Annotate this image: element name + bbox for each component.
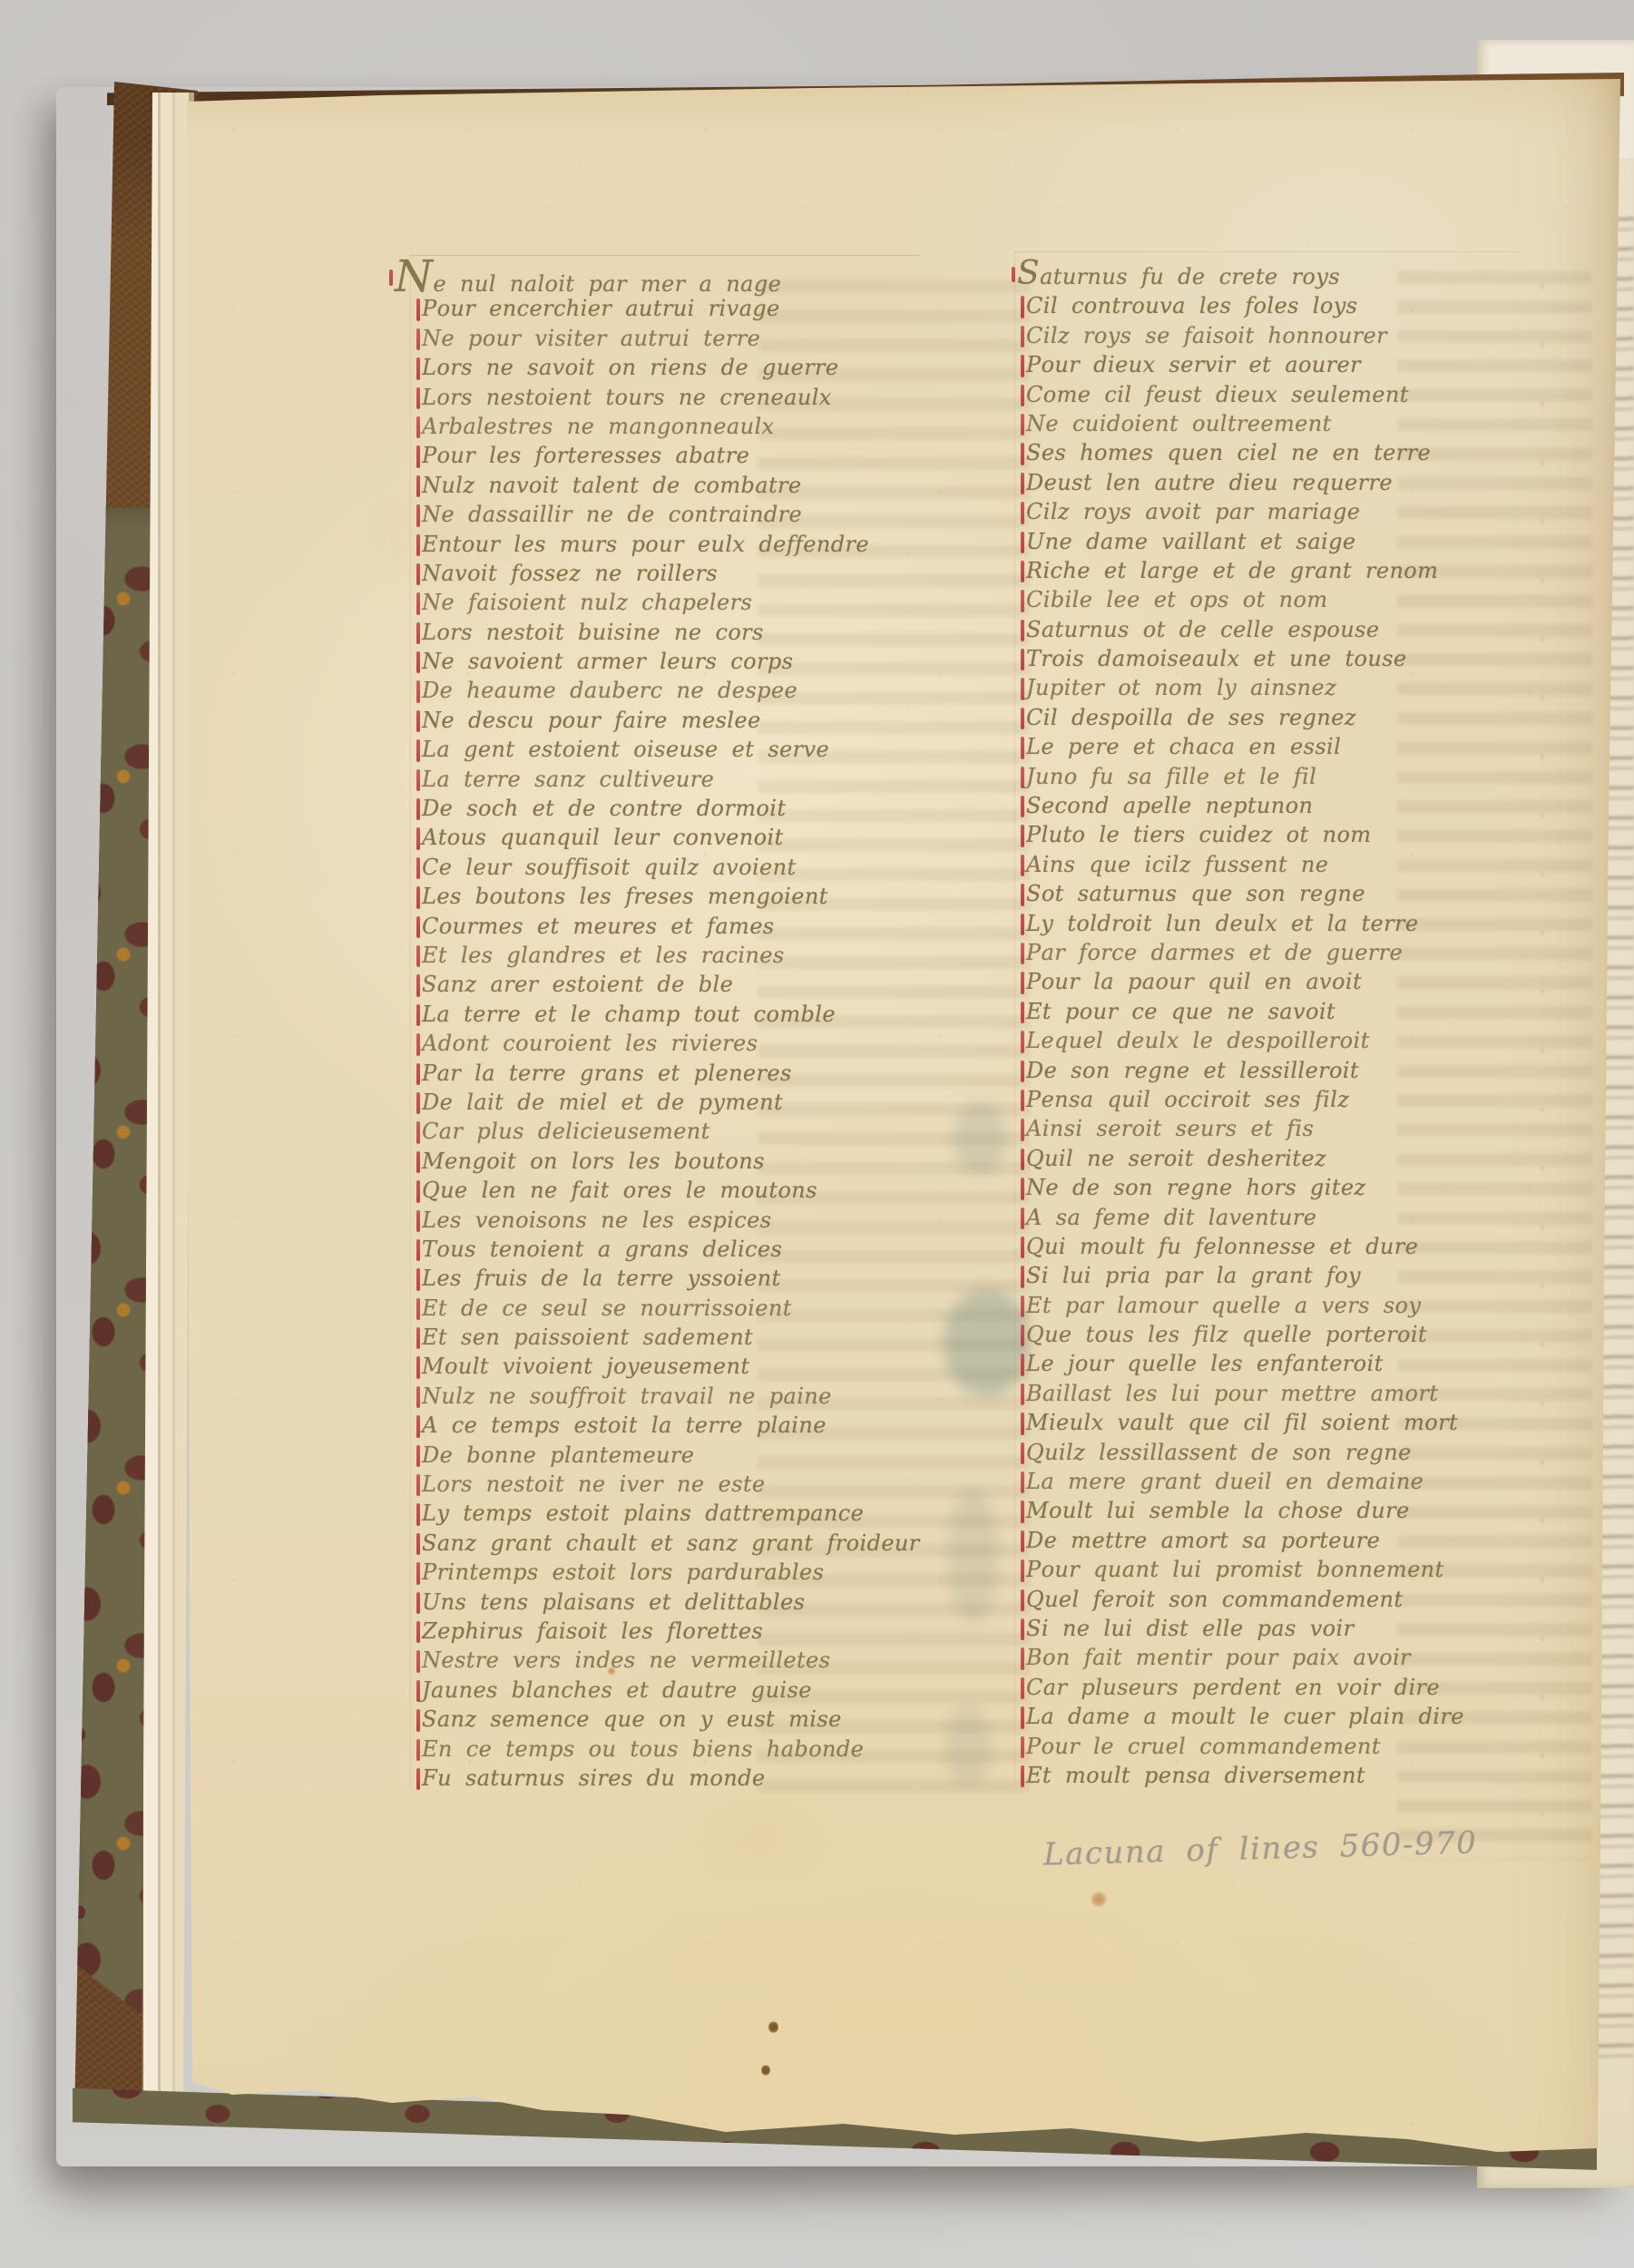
manuscript-line: Et sen paissoient sadement <box>416 1323 920 1352</box>
manuscript-line: A sa feme dit laventure <box>1020 1203 1464 1232</box>
rubricated-initial: N <box>416 559 441 588</box>
rubricated-initial: L <box>416 618 436 647</box>
text-column-left: Ne nul naloit par mer a nagePour encerch… <box>416 265 920 1793</box>
rubricated-initial: M <box>1020 1496 1049 1525</box>
rubricated-initial: N <box>416 324 441 353</box>
manuscript-line: Courmes et meures et fames <box>416 912 920 941</box>
manuscript-line: Lequel deulx le despoilleroit <box>1020 1026 1464 1055</box>
rubricated-initial: P <box>1020 820 1042 849</box>
manuscript-line: Si ne lui dist elle pas voir <box>1020 1614 1464 1643</box>
rubricated-initial: C <box>1020 380 1043 409</box>
rubricated-initial: S <box>1011 262 1040 285</box>
rubricated-initial: D <box>416 1088 440 1117</box>
manuscript-line: De son regne et lessilleroit <box>1020 1056 1464 1085</box>
rubricated-initial: S <box>416 970 437 999</box>
rubricated-initial: R <box>1020 556 1042 585</box>
manuscript-line: Cilz roys avoit par mariage <box>1020 497 1464 526</box>
manuscript-line: Et les glandres et les racines <box>416 941 920 970</box>
rubricated-initial: P <box>1020 967 1042 996</box>
manuscript-line: Les venoisons ne les espices <box>416 1206 920 1235</box>
manuscript-line: Ains que icilz fussent ne <box>1020 850 1464 879</box>
manuscript-line: Sanz arer estoient de ble <box>416 970 920 999</box>
manuscript-line: Que tous les filz quelle porteroit <box>1020 1320 1464 1349</box>
rubricated-initial: D <box>416 794 440 823</box>
rubricated-initial: C <box>416 912 439 941</box>
rubricated-initial: J <box>416 1676 431 1705</box>
manuscript-line: Second apelle neptunon <box>1020 791 1464 820</box>
rubricated-initial: U <box>1020 527 1045 556</box>
manuscript-line: Lors nestoit ne iver ne este <box>416 1470 920 1499</box>
rubricated-initial: N <box>388 265 433 288</box>
rubricated-initial: P <box>416 441 437 470</box>
manuscript-line: Pour les forteresses abatre <box>416 441 920 470</box>
rubricated-initial: P <box>1020 1555 1042 1584</box>
rubricated-initial: A <box>416 823 438 852</box>
rubricated-initial: E <box>416 1735 438 1764</box>
rubricated-initial: D <box>1020 1056 1044 1085</box>
rubricated-initial: Q <box>1020 1144 1044 1173</box>
manuscript-line: Et par lamour quelle a vers soy <box>1020 1291 1464 1320</box>
manuscript-line: Que len ne fait ores le moutons <box>416 1176 920 1205</box>
manuscript-line: Nestre vers indes ne vermeilletes <box>416 1646 920 1675</box>
manuscript-line: Quil ne seroit desheritez <box>1020 1144 1464 1173</box>
rubricated-initial: Q <box>1020 1585 1044 1614</box>
rubricated-initial: M <box>1020 1408 1049 1437</box>
rubricated-initial: D <box>416 676 440 705</box>
rubricated-initial: E <box>416 530 438 559</box>
rubricated-initial: C <box>1020 291 1043 320</box>
rubricated-initial: E <box>1020 1761 1042 1790</box>
manuscript-line: Jupiter ot nom ly ainsnez <box>1020 673 1464 702</box>
manuscript-line: De soch et de contre dormoit <box>416 794 920 823</box>
manuscript-line: Si lui pria par la grant foy <box>1020 1261 1464 1290</box>
rubricated-initial: N <box>416 588 441 617</box>
manuscript-line: Lors ne savoit on riens de guerre <box>416 353 920 382</box>
stain <box>1091 1892 1107 1906</box>
blue-smudge <box>953 1102 1007 1175</box>
rubricated-initial: C <box>416 853 439 882</box>
manuscript-line: La terre et le champ tout comble <box>416 1000 920 1029</box>
rubricated-initial: S <box>1020 1261 1042 1290</box>
ruling-line <box>410 255 411 1788</box>
manuscript-line: Pensa quil occiroit ses filz <box>1020 1085 1464 1114</box>
ruling-line <box>410 255 920 256</box>
manuscript-line: Mieulx vault que cil fil soient mort <box>1020 1408 1464 1437</box>
rubricated-initial: S <box>1020 438 1042 467</box>
manuscript-line: Moult lui semble la chose dure <box>1020 1496 1464 1525</box>
manuscript-line: Une dame vaillant et saige <box>1020 527 1464 556</box>
rubricated-initial: N <box>416 500 441 529</box>
rubricated-initial: N <box>1020 1173 1045 1202</box>
manuscript-line: Cil despoilla de ses regnez <box>1020 703 1464 732</box>
rubricated-initial: L <box>416 1470 436 1499</box>
manuscript-line: En ce temps ou tous biens habonde <box>416 1735 920 1764</box>
manuscript-line: Pour le cruel commandement <box>1020 1732 1464 1761</box>
rubricated-initial: P <box>416 1558 437 1587</box>
rubricated-initial: L <box>1020 1467 1041 1496</box>
manuscript-line: Ses homes quen ciel ne en terre <box>1020 438 1464 467</box>
rubricated-initial: N <box>1020 409 1045 438</box>
manuscript-line: La mere grant dueil en demaine <box>1020 1467 1464 1496</box>
rubricated-initial: C <box>1020 703 1043 732</box>
rubricated-initial: C <box>1020 497 1043 526</box>
rubricated-initial: A <box>1020 850 1042 879</box>
manuscript-line: Fu saturnus sires du monde <box>416 1764 920 1793</box>
manuscript-line: Tous tenoient a grans delices <box>416 1235 920 1264</box>
rubricated-initial: D <box>1020 468 1044 497</box>
manuscript-line: Saturnus ot de celle espouse <box>1020 615 1464 644</box>
manuscript-line: Cil controuva les foles loys <box>1020 291 1464 320</box>
rubricated-initial: E <box>416 941 438 970</box>
rubricated-initial: L <box>416 1206 436 1235</box>
rubricated-initial: P <box>416 294 437 323</box>
manuscript-line: Sanz grant chault et sanz grant froideur <box>416 1529 920 1558</box>
manuscript-line: A ce temps estoit la terre plaine <box>416 1411 920 1440</box>
rubricated-initial: S <box>1020 1614 1042 1643</box>
manuscript-line: Lors nestoient tours ne creneaulx <box>416 383 920 412</box>
manuscript-line: Deust len autre dieu requerre <box>1020 468 1464 497</box>
manuscript-line: Sanz semence que on y eust mise <box>416 1705 920 1734</box>
manuscript-line: Qui moult fu felonnesse et dure <box>1020 1232 1464 1261</box>
text-column-right: Saturnus fu de crete roysCil controuva l… <box>1020 262 1464 1790</box>
rubricated-initial: S <box>1020 879 1042 908</box>
manuscript-line: Arbalestres ne mangonneaulx <box>416 412 920 441</box>
manuscript-line: Atous quanquil leur convenoit <box>416 823 920 852</box>
manuscript-line: Quel feroit son commandement <box>1020 1585 1464 1614</box>
rubricated-initial: C <box>1020 585 1043 614</box>
rubricated-initial: J <box>1020 762 1035 791</box>
rubricated-initial: A <box>416 1411 438 1440</box>
bleed-through-rubrics <box>1533 272 1557 1814</box>
rubricated-initial: Q <box>1020 1320 1044 1349</box>
rubricated-initial: S <box>1020 791 1042 820</box>
rubricated-initial: T <box>416 1235 436 1264</box>
manuscript-line: Printemps estoit lors pardurables <box>416 1558 920 1587</box>
rubricated-initial: L <box>1020 1026 1041 1055</box>
rubricated-initial: C <box>416 1117 439 1146</box>
manuscript-line: Ly temps estoit plains dattrempance <box>416 1499 920 1528</box>
manuscript-line: De heaume dauberc ne despee <box>416 676 920 705</box>
manuscript-line: Ne cuidoient oultreement <box>1020 409 1464 438</box>
rubricated-initial: S <box>416 1529 437 1558</box>
rubricated-initial: E <box>1020 997 1042 1026</box>
rubricated-initial: B <box>1020 1643 1042 1672</box>
manuscript-line: Ne dassaillir ne de contraindre <box>416 500 920 529</box>
rubricated-initial: L <box>416 765 436 794</box>
rubricated-initial: B <box>1020 1379 1042 1408</box>
manuscript-line: Come cil feust dieux seulement <box>1020 380 1464 409</box>
rubricated-initial: N <box>416 647 441 676</box>
manuscript-line: Pluto le tiers cuidez ot nom <box>1020 820 1464 849</box>
manuscript-line: Ne savoient armer leurs corps <box>416 647 920 676</box>
manuscript-line: Jaunes blanches et dautre guise <box>416 1676 920 1705</box>
manuscript-line: Par force darmes et de guerre <box>1020 938 1464 967</box>
rubricated-initial: P <box>416 1059 437 1088</box>
rubricated-initial: L <box>1020 1702 1041 1731</box>
manuscript-line: Adont couroient les rivieres <box>416 1029 920 1058</box>
rubricated-initial: L <box>416 353 436 382</box>
rubricated-initial: Q <box>416 1176 440 1205</box>
rubricated-initial: E <box>416 1294 438 1323</box>
manuscript-line: Et moult pensa diversement <box>1020 1761 1464 1790</box>
manuscript-line: Ly toldroit lun deulx et la terre <box>1020 909 1464 938</box>
rubricated-initial: D <box>1020 1526 1044 1555</box>
wormhole <box>761 2065 770 2076</box>
manuscript-line: Ne de son regne hors gitez <box>1020 1173 1464 1202</box>
manuscript-line: De bonne plantemeure <box>416 1441 920 1470</box>
manuscript-line: Sot saturnus que son regne <box>1020 879 1464 908</box>
blue-smudge <box>948 1488 998 1624</box>
manuscript-line: Ne faisoient nulz chapelers <box>416 588 920 617</box>
rubricated-initial: Z <box>416 1617 437 1646</box>
manuscript-line: Pour quant lui promist bonnement <box>1020 1555 1464 1584</box>
rubricated-initial: M <box>416 1352 445 1381</box>
blue-smudge <box>944 1288 1030 1397</box>
rubricated-initial: D <box>416 1441 440 1470</box>
rubricated-initial: L <box>416 1000 436 1029</box>
manuscript-line: La gent estoient oiseuse et serve <box>416 735 920 764</box>
rubricated-initial: U <box>416 1588 441 1617</box>
rubricated-initial: P <box>1020 1085 1042 1114</box>
manuscript-line: Riche et large et de grant renom <box>1020 556 1464 585</box>
manuscript-line: Trois damoiseaulx et une touse <box>1020 644 1464 673</box>
rubricated-initial: L <box>416 882 436 911</box>
rubricated-initial: A <box>416 1029 438 1058</box>
rubricated-initial: N <box>416 471 441 500</box>
rubricated-initial: S <box>1020 615 1042 644</box>
manuscript-line: Et pour ce que ne savoit <box>1020 997 1464 1026</box>
manuscript-line: Le pere et chaca en essil <box>1020 732 1464 761</box>
ink-spot <box>608 1667 615 1675</box>
manuscript-line: Cibile lee et ops ot nom <box>1020 585 1464 614</box>
rubricated-initial: Q <box>1020 1232 1044 1261</box>
manuscript-line: Pour dieux servir et aourer <box>1020 350 1464 379</box>
rubricated-initial: N <box>416 1646 441 1675</box>
manuscript-line: Moult vivoient joyeusement <box>416 1352 920 1381</box>
manuscript-line: Les fruis de la terre yssoient <box>416 1264 920 1293</box>
rubricated-initial: A <box>416 412 438 441</box>
rubricated-initial: L <box>1020 909 1041 938</box>
rubricated-initial: A <box>1020 1114 1042 1143</box>
rubricated-initial: S <box>416 1705 437 1734</box>
rubricated-initial: E <box>416 1323 438 1352</box>
rubricated-initial: M <box>416 1147 445 1176</box>
manuscript-line: De mettre amort sa porteure <box>1020 1526 1464 1555</box>
rubricated-initial: C <box>1020 321 1043 350</box>
rubricated-initial: F <box>416 1764 437 1793</box>
manuscript-line: Pour la paour quil en avoit <box>1020 967 1464 996</box>
rubricated-initial: N <box>416 706 441 735</box>
parchment-page: Ne nul naloit par mer a nagePour encerch… <box>0 0 1634 2268</box>
manuscript-line: Car pluseurs perdent en voir dire <box>1020 1673 1464 1702</box>
manuscript-line: Baillast les lui pour mettre amort <box>1020 1379 1464 1408</box>
manuscript-line: Ainsi seroit seurs et fis <box>1020 1114 1464 1143</box>
rubricated-initial: L <box>416 735 436 764</box>
manuscript-line: Les boutons les freses mengoient <box>416 882 920 911</box>
rubricated-initial: J <box>1020 673 1035 702</box>
rubricated-initial: T <box>1020 644 1041 673</box>
rubricated-initial: C <box>1020 1673 1043 1702</box>
manuscript-line: Entour les murs pour eulx deffendre <box>416 530 920 559</box>
manuscript-line: Ne descu pour faire meslee <box>416 706 920 735</box>
manuscript-line: La dame a moult le cuer plain dire <box>1020 1702 1464 1731</box>
manuscript-line: Ne pour visiter autrui terre <box>416 324 920 353</box>
rubricated-initial: L <box>416 1264 436 1293</box>
manuscript-line: Nulz navoit talent de combatre <box>416 471 920 500</box>
manuscript-line: Saturnus fu de crete roys <box>1020 262 1464 291</box>
manuscript-line: Ne nul naloit par mer a nage <box>416 265 920 294</box>
manuscript-line: Cilz roys se faisoit honnourer <box>1020 321 1464 350</box>
rubricated-initial: L <box>416 1499 436 1528</box>
manuscript-line: La terre sanz cultiveure <box>416 765 920 794</box>
manuscript-line: Le jour quelle les enfanteroit <box>1020 1349 1464 1378</box>
manuscript-line: Bon fait mentir pour paix avoir <box>1020 1643 1464 1672</box>
manuscript-line: Lors nestoit buisine ne cors <box>416 618 920 647</box>
manuscript-line: De lait de miel et de pyment <box>416 1088 920 1117</box>
rubricated-initial: L <box>1020 732 1041 761</box>
manuscript-line: Car plus delicieusement <box>416 1117 920 1146</box>
rubricated-initial: Q <box>1020 1438 1044 1467</box>
manuscript-line: Mengoit on lors les boutons <box>416 1147 920 1176</box>
manuscript-line: Juno fu sa fille et le fil <box>1020 762 1464 791</box>
blue-smudge <box>945 1706 991 1787</box>
manuscript-line: Pour encerchier autrui rivage <box>416 294 920 323</box>
wormhole <box>768 2021 778 2033</box>
rubricated-initial: P <box>1020 350 1042 379</box>
manuscript-line: Zephirus faisoit les florettes <box>416 1617 920 1646</box>
rubricated-initial: P <box>1020 1732 1042 1761</box>
rubricated-initial: N <box>416 1382 441 1411</box>
manuscript-line: Et de ce seul se nourrissoient <box>416 1294 920 1323</box>
rubricated-initial: E <box>1020 1291 1042 1320</box>
manuscript-line: Nulz ne souffroit travail ne paine <box>416 1382 920 1411</box>
rubricated-initial: L <box>416 383 436 412</box>
manuscript-line: Ce leur souffisoit quilz avoient <box>416 853 920 882</box>
rubricated-initial: A <box>1020 1203 1042 1232</box>
manuscript-line: Uns tens plaisans et delittables <box>416 1588 920 1617</box>
rubricated-initial: P <box>1020 938 1042 967</box>
manuscript-line: Navoit fossez ne roillers <box>416 559 920 588</box>
ruling-line <box>1014 251 1519 252</box>
manuscript-line: Par la terre grans et pleneres <box>416 1059 920 1088</box>
manuscript-line: Quilz lessillassent de son regne <box>1020 1438 1464 1467</box>
rubricated-initial: L <box>1020 1349 1041 1378</box>
